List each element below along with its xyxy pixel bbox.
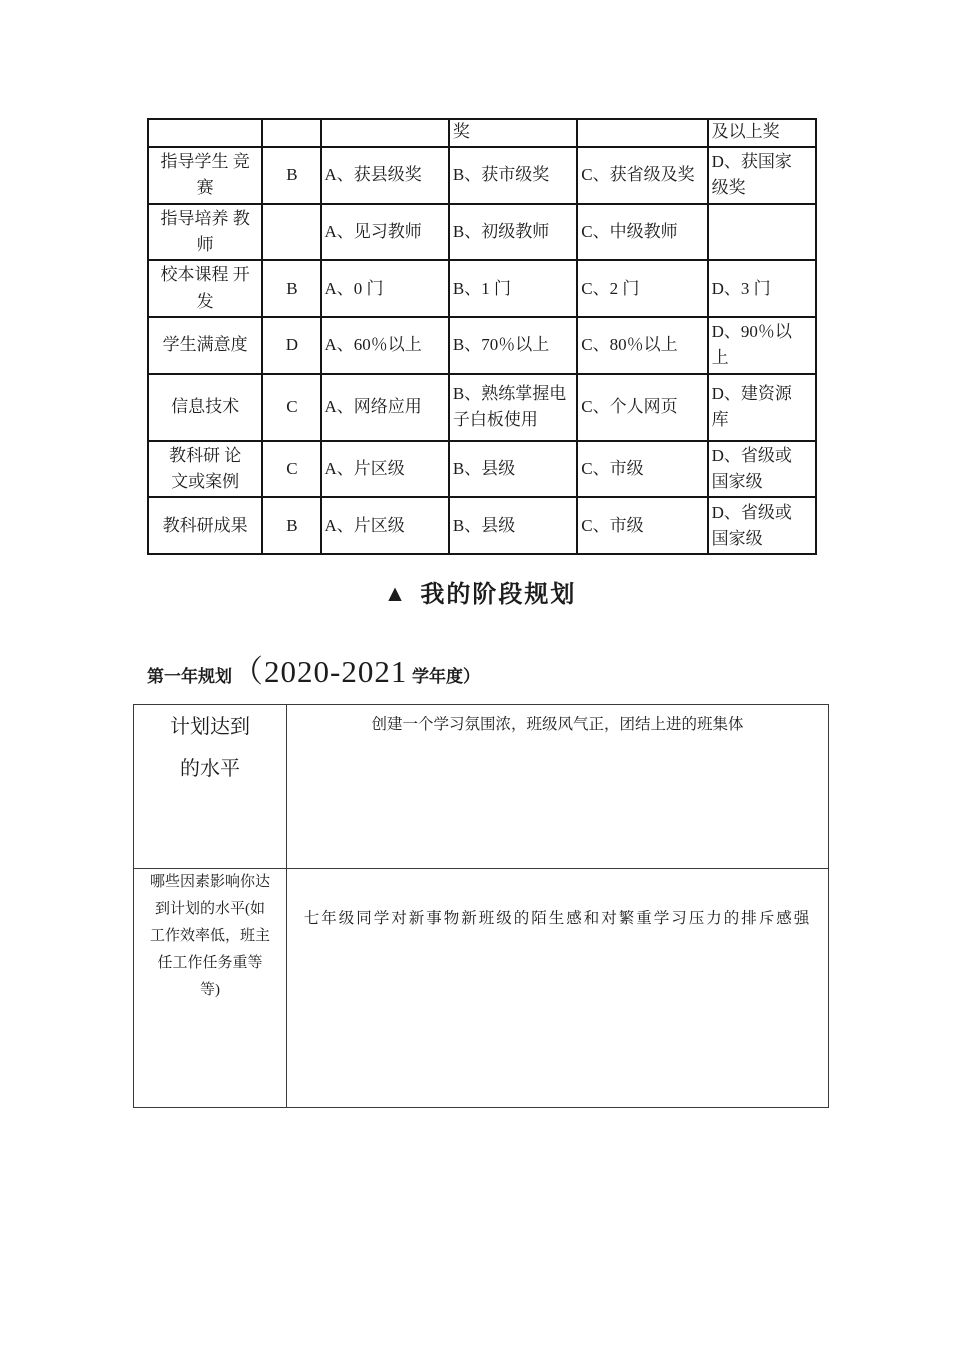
option-c-cell: C、市级	[577, 441, 707, 498]
option-c-cell: C、2 门	[577, 260, 707, 317]
table-row: 哪些因素影响你达 到计划的水平(如 工作效率低，班主 任工作任务重等 等) 七年…	[134, 869, 829, 1108]
plan-factors-content-cell: 七年级同学对新事物新班级的陌生感和对繁重学习压力的排斥感强	[287, 869, 829, 1108]
option-b-cell: B、熟练掌握电 子白板使用	[449, 374, 577, 441]
table-row: 信息技术 C A、网络应用 B、熟练掌握电 子白板使用 C、个人网页 D、建资源…	[148, 374, 816, 441]
option-c-cell: C、获省级及奖	[577, 147, 707, 204]
subheading-suffix: 学年度）	[407, 667, 480, 686]
option-b-cell: B、1 门	[449, 260, 577, 317]
category-cell	[148, 119, 262, 147]
option-a-cell	[321, 119, 449, 147]
subheading-year: （2020-2021	[232, 654, 407, 689]
plan-level-label-cell: 计划达到 的水平	[134, 705, 287, 869]
table-row: 校本课程 开 发 B A、0 门 B、1 门 C、2 门 D、3 门	[148, 260, 816, 317]
option-a-cell: A、网络应用	[321, 374, 449, 441]
evaluation-criteria-table: 奖 及以上奖 指导学生 竞 赛 B A、获县级奖 B、获市级奖 C、获省级及奖 …	[147, 118, 817, 555]
section-heading: ▲我的阶段规划	[0, 574, 960, 609]
option-a-cell: A、获县级奖	[321, 147, 449, 204]
option-d-cell: D、建资源 库	[708, 374, 816, 441]
option-b-cell: B、70％以上	[449, 317, 577, 374]
category-cell: 指导培养 教 师	[148, 204, 262, 261]
option-d-cell	[708, 204, 816, 261]
option-c-cell: C、个人网页	[577, 374, 707, 441]
option-a-cell: A、片区级	[321, 497, 449, 554]
option-d-cell: D、3 门	[708, 260, 816, 317]
category-cell: 指导学生 竞 赛	[148, 147, 262, 204]
grade-cell	[262, 119, 320, 147]
plan-factors-label-cell: 哪些因素影响你达 到计划的水平(如 工作效率低，班主 任工作任务重等 等)	[134, 869, 287, 1108]
option-b-cell: B、县级	[449, 497, 577, 554]
table-row: 计划达到 的水平 创建一个学习氛围浓，班级风气正，团结上进的班集体	[134, 705, 829, 869]
option-a-cell: A、片区级	[321, 441, 449, 498]
grade-cell: D	[262, 317, 320, 374]
category-cell: 教科研成果	[148, 497, 262, 554]
table-row: 学生满意度 D A、60％以上 B、70％以上 C、80％以上 D、90％以 上	[148, 317, 816, 374]
table-row: 指导学生 竞 赛 B A、获县级奖 B、获市级奖 C、获省级及奖 D、获国家 级…	[148, 147, 816, 204]
option-d-cell: D、90％以 上	[708, 317, 816, 374]
plan-year-subheading: 第一年规划（2020-2021 学年度）	[147, 646, 480, 692]
category-cell: 校本课程 开 发	[148, 260, 262, 317]
grade-cell: B	[262, 497, 320, 554]
option-d-cell: D、获国家 级奖	[708, 147, 816, 204]
option-b-cell: B、县级	[449, 441, 577, 498]
table-row: 教科研成果 B A、片区级 B、县级 C、市级 D、省级或 国家级	[148, 497, 816, 554]
first-year-plan-table: 计划达到 的水平 创建一个学习氛围浓，班级风气正，团结上进的班集体 哪些因素影响…	[133, 704, 829, 1108]
option-a-cell: A、0 门	[321, 260, 449, 317]
triangle-icon: ▲	[384, 581, 407, 607]
table-row-partial: 奖 及以上奖	[148, 119, 816, 147]
category-cell: 学生满意度	[148, 317, 262, 374]
option-c-cell: C、市级	[577, 497, 707, 554]
option-d-cell: 及以上奖	[708, 119, 816, 147]
option-b-cell: 奖	[449, 119, 577, 147]
category-cell: 信息技术	[148, 374, 262, 441]
document-page: 奖 及以上奖 指导学生 竞 赛 B A、获县级奖 B、获市级奖 C、获省级及奖 …	[0, 0, 960, 1357]
grade-cell: C	[262, 441, 320, 498]
option-c-cell: C、80％以上	[577, 317, 707, 374]
table-row: 指导培养 教 师 A、见习教师 B、初级教师 C、中级教师	[148, 204, 816, 261]
option-d-cell: D、省级或 国家级	[708, 497, 816, 554]
option-d-cell: D、省级或 国家级	[708, 441, 816, 498]
category-cell: 教科研 论 文或案例	[148, 441, 262, 498]
grade-cell: C	[262, 374, 320, 441]
option-b-cell: B、初级教师	[449, 204, 577, 261]
table-row: 教科研 论 文或案例 C A、片区级 B、县级 C、市级 D、省级或 国家级	[148, 441, 816, 498]
option-b-cell: B、获市级奖	[449, 147, 577, 204]
section-heading-text: 我的阶段规划	[420, 582, 576, 608]
option-c-cell: C、中级教师	[577, 204, 707, 261]
plan-level-content-cell: 创建一个学习氛围浓，班级风气正，团结上进的班集体	[287, 705, 829, 869]
subheading-prefix: 第一年规划	[147, 667, 232, 686]
grade-cell	[262, 204, 320, 261]
grade-cell: B	[262, 147, 320, 204]
option-a-cell: A、见习教师	[321, 204, 449, 261]
option-a-cell: A、60％以上	[321, 317, 449, 374]
grade-cell: B	[262, 260, 320, 317]
option-c-cell	[577, 119, 707, 147]
